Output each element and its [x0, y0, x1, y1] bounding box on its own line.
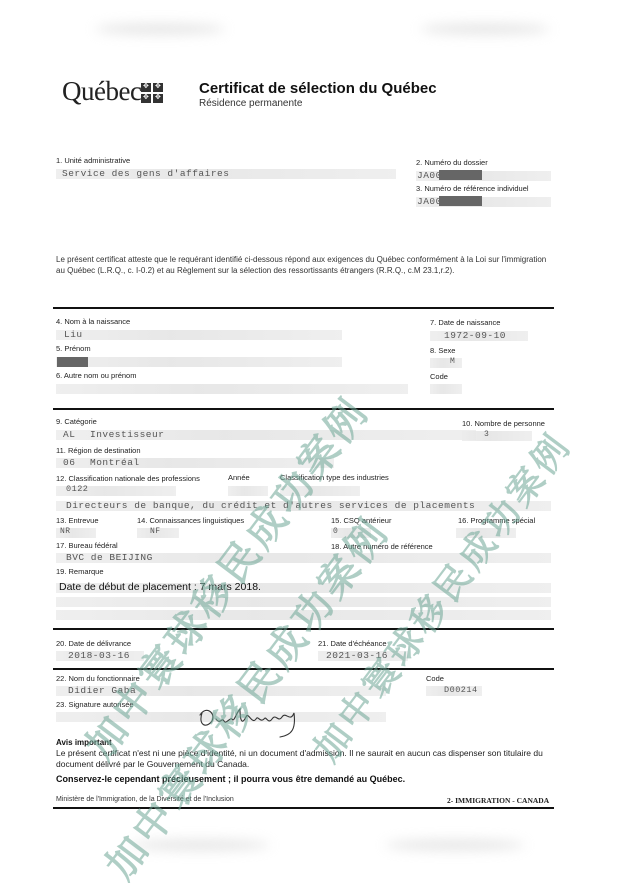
footer-copy-label: 2- IMMIGRATION - CANADA — [447, 796, 549, 805]
section-divider — [53, 668, 554, 670]
field-label-entrevue: 13. Entrevue — [56, 516, 99, 525]
field-value-date-naissance: 1972-09-10 — [444, 330, 506, 341]
document-title: Certificat de sélection du Québec — [199, 80, 437, 97]
field-value-code-fonctionnaire: D00214 — [444, 685, 478, 695]
field-shade — [462, 431, 532, 441]
field-value-sexe: M — [450, 357, 455, 366]
field-value-categorie-code: AL — [63, 429, 75, 440]
field-value-csq-anterieur: 0 — [333, 527, 338, 536]
field-label-prenom: 5. Prénom — [56, 344, 91, 353]
section-divider — [53, 408, 554, 410]
field-label-categorie: 9. Catégorie — [56, 417, 97, 426]
field-shade — [56, 597, 551, 607]
field-label-programme: 16. Programme spécial — [458, 516, 535, 525]
field-value-nombre-personne: 3 — [484, 430, 489, 439]
field-value-cnp: 0122 — [66, 484, 88, 494]
field-label-bureau: 17. Bureau fédéral — [56, 541, 118, 550]
section-divider — [53, 307, 554, 309]
field-shade — [56, 357, 342, 367]
field-value-date-delivrance: 2018-03-16 — [68, 650, 130, 661]
field-label-autre-ref: 18. Autre numéro de référence — [331, 542, 433, 551]
field-shade — [430, 384, 462, 394]
certificate-page: Québec Certificat de sélection du Québec… — [0, 0, 640, 883]
field-shade — [430, 358, 462, 368]
field-value-categorie: Investisseur — [90, 429, 164, 440]
field-label-numero-ref: 3. Numéro de référence individuel — [416, 184, 529, 193]
notice-bold: Conservez-le cependant précieusement ; i… — [56, 774, 405, 784]
field-value-remarque: Date de début de placement : 7 mars 2018… — [59, 581, 261, 593]
field-label-fonctionnaire: 22. Nom du fonctionnaire — [56, 674, 140, 683]
field-label-remarque: 19. Remarque — [56, 567, 104, 576]
document-subtitle: Résidence permanente — [199, 98, 302, 109]
footer-divider — [53, 807, 554, 809]
field-label-region: 11. Région de destination — [56, 446, 141, 455]
field-shade — [56, 330, 342, 340]
field-label-connaissances: 14. Connaissances linguistiques — [137, 516, 244, 525]
field-label-sexe: 8. Sexe — [430, 346, 455, 355]
field-value-unite-admin: Service des gens d'affaires — [62, 168, 229, 179]
redaction-bar — [439, 196, 482, 206]
field-label-unite-admin: 1. Unité administrative — [56, 156, 130, 165]
field-shade — [456, 528, 516, 538]
field-value-cnp-description: Directeurs de banque, du crédit et d'aut… — [66, 500, 475, 511]
fleur-de-lis-flag-icon — [141, 83, 163, 103]
field-label-code: Code — [430, 372, 448, 381]
field-shade — [56, 384, 408, 394]
redaction-bar — [439, 170, 482, 180]
field-label-csq-anterieur: 15. CSQ antérieur — [331, 516, 391, 525]
field-value-date-echeance: 2021-03-16 — [326, 650, 388, 661]
field-label-autre-nom: 6. Autre nom ou prénom — [56, 371, 136, 380]
field-value-bureau: BVC de BEIJING — [66, 552, 153, 563]
quebec-logo: Québec — [62, 76, 141, 107]
attestation-paragraph: Le présent certificat atteste que le req… — [56, 254, 556, 276]
field-label-code-fonctionnaire: Code — [426, 674, 444, 683]
notice-heading: Avis important — [56, 738, 112, 747]
redaction-bar — [57, 357, 88, 367]
field-label-date-echeance: 21. Date d'échéance — [318, 639, 387, 648]
field-label-signature: 23. Signature autorisée — [56, 700, 134, 709]
field-label-date-naissance: 7. Date de naissance — [430, 318, 500, 327]
field-value-entrevue: NR — [60, 527, 71, 536]
field-value-nom-naissance: Liu — [64, 329, 83, 340]
field-value-region-code: 06 — [63, 457, 75, 468]
field-label-numero-dossier: 2. Numéro du dossier — [416, 158, 488, 167]
field-value-region: Montréal — [90, 457, 140, 468]
field-shade — [228, 486, 268, 496]
signature-scribble — [196, 699, 326, 739]
field-label-nombre-personne: 10. Nombre de personne — [462, 419, 545, 428]
section-divider — [53, 628, 554, 630]
field-label-date-delivrance: 20. Date de délivrance — [56, 639, 131, 648]
field-label-annee: Année — [228, 473, 250, 482]
field-shade — [280, 486, 360, 496]
notice-text: Le présent certificat n'est ni une pièce… — [56, 748, 556, 770]
field-label-cnp: 12. Classification nationale des profess… — [56, 474, 200, 483]
footer-ministry: Ministère de l'Immigration, de la Divers… — [56, 796, 234, 803]
field-value-fonctionnaire: Didier Gaba — [68, 685, 136, 696]
field-label-nom-naissance: 4. Nom à la naissance — [56, 317, 130, 326]
field-shade — [56, 610, 551, 620]
field-label-cti: Classification type des industries — [280, 473, 389, 482]
field-value-connaissances: NF — [150, 527, 161, 536]
